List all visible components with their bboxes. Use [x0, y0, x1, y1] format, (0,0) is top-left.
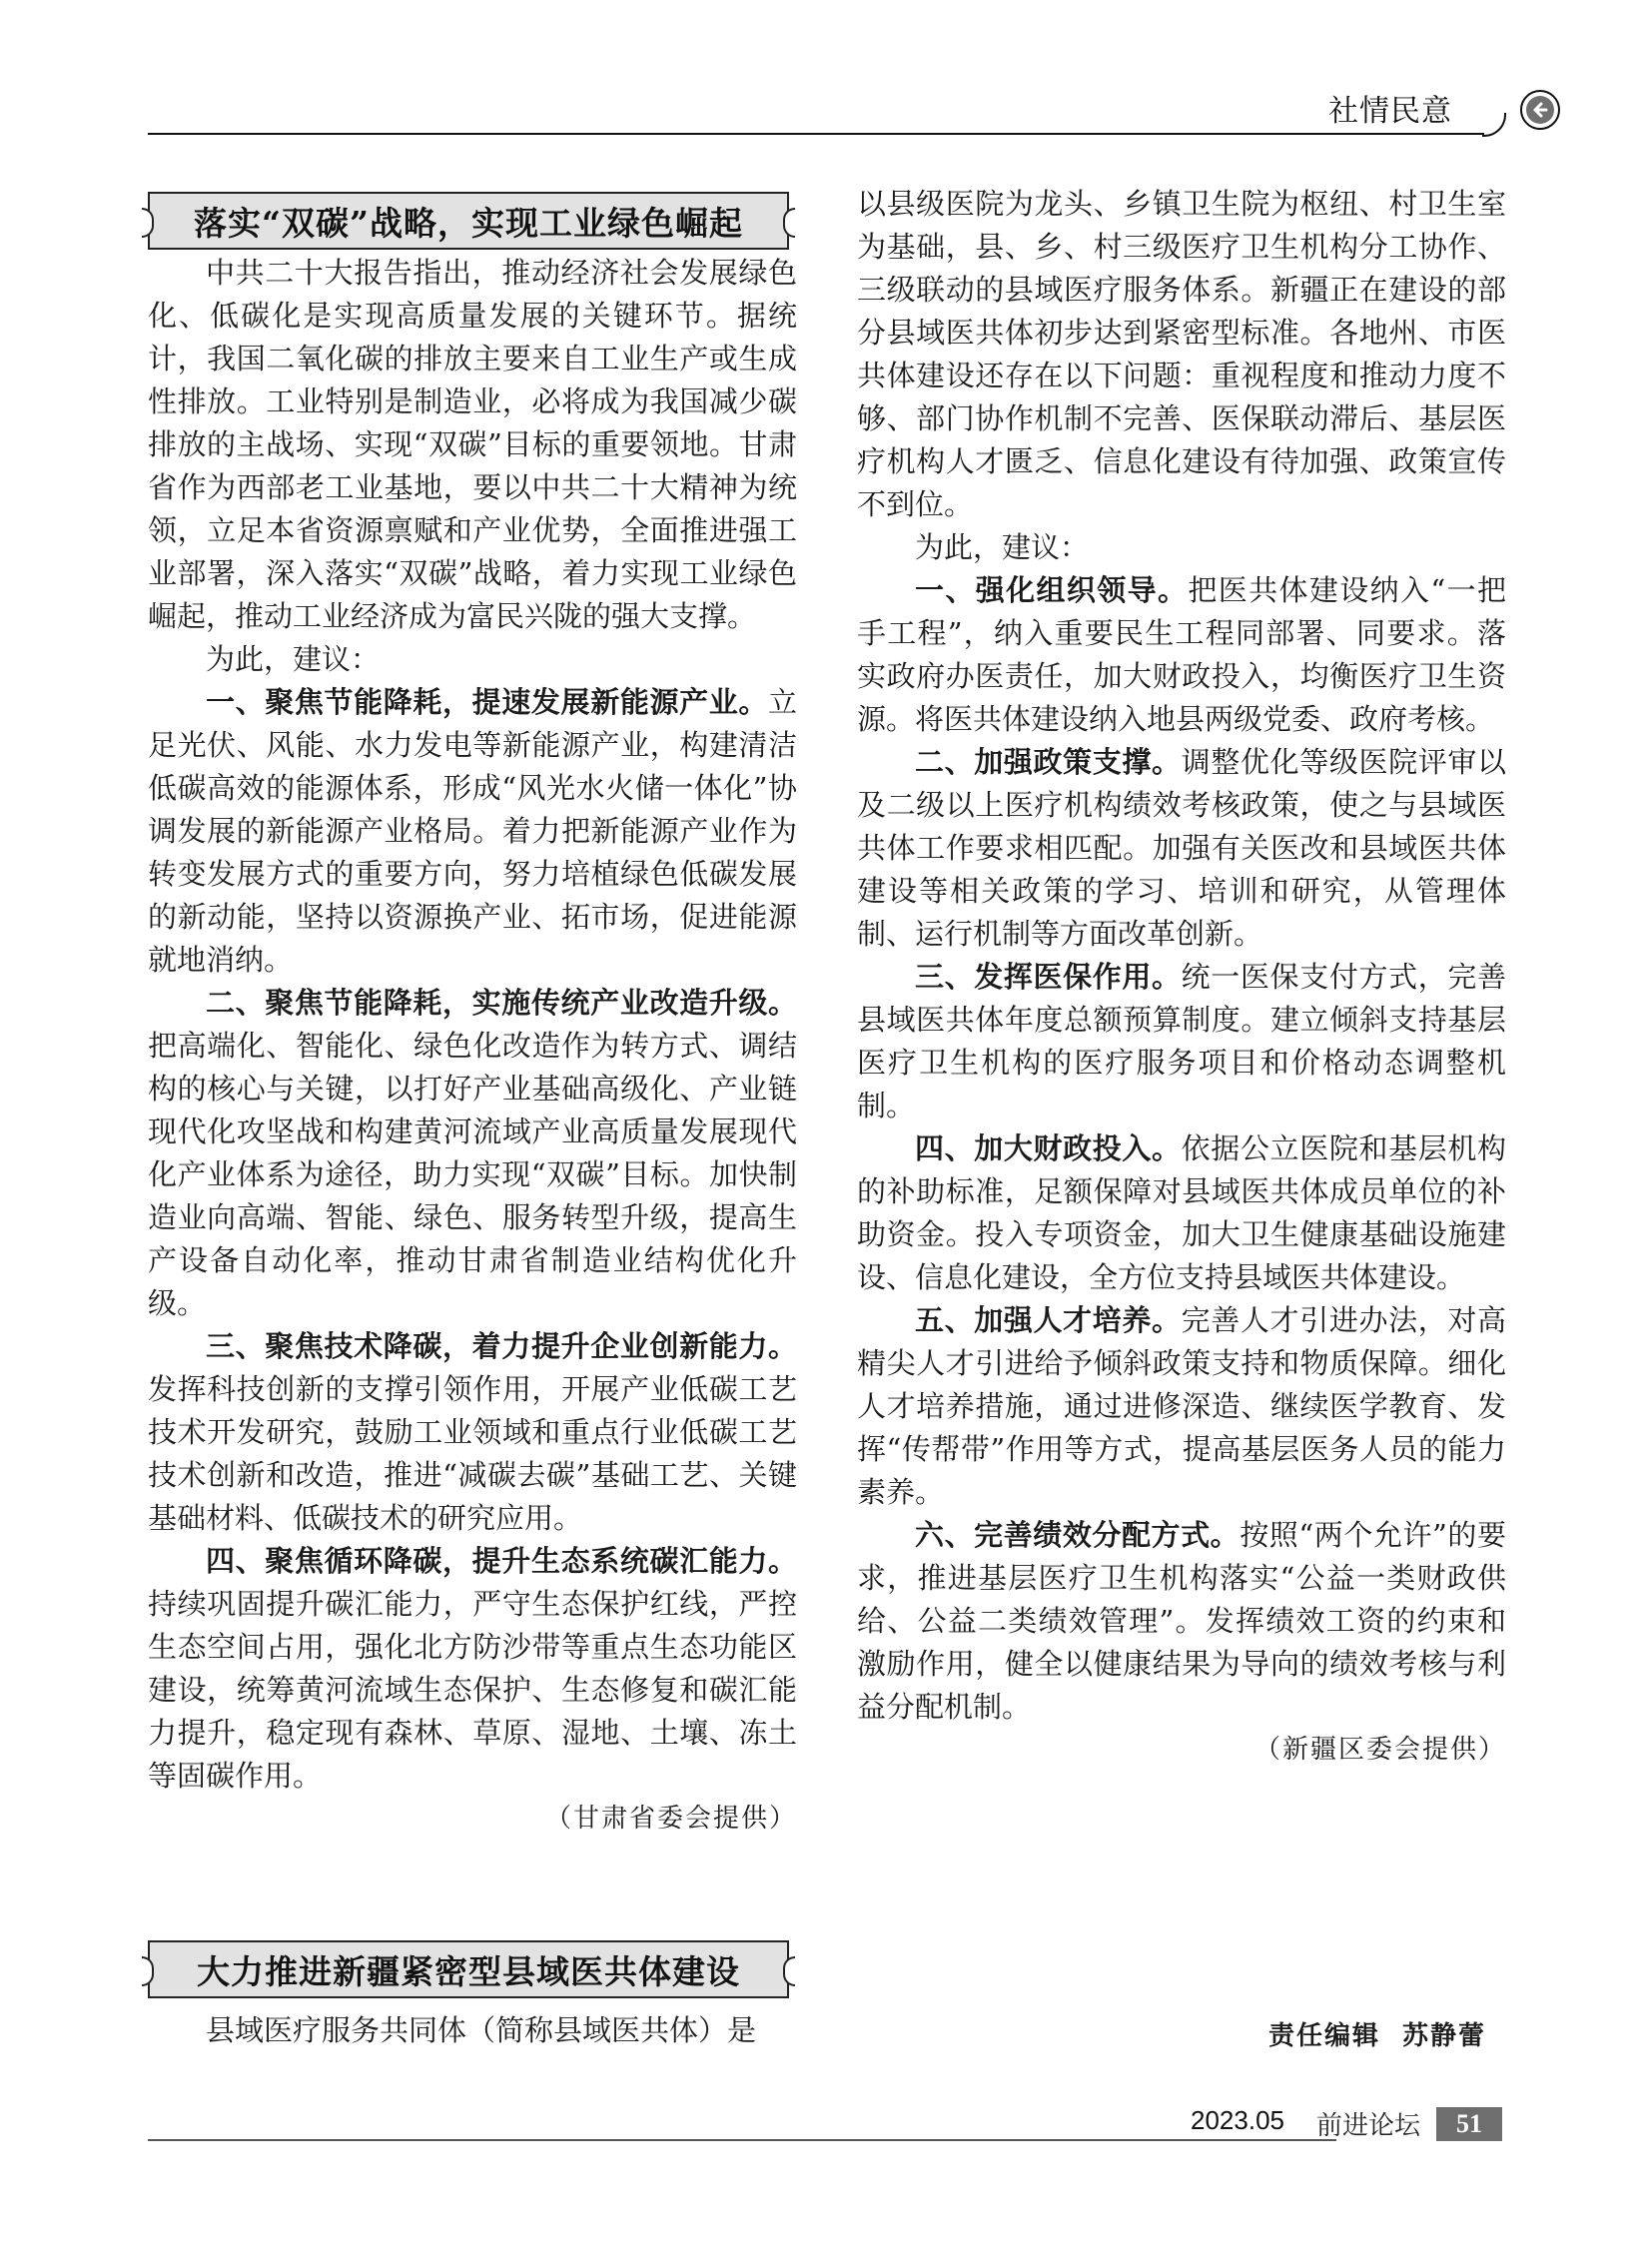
magazine-name: 前进论坛 [1316, 2105, 1420, 2142]
back-arrow-circle-icon [1520, 90, 1560, 130]
article-2-point-1: 一、强化组织领导。把医共体建设纳入“一把手工程”，纳入重要民生工程同部署、同要求… [857, 569, 1506, 741]
point-body: 发挥科技创新的支撑引领作用，开展产业低碳工艺技术开发研究，鼓励工业领域和重点行业… [148, 1372, 797, 1535]
article-2-point-5: 五、加强人才培养。完善人才引进办法，对高精尖人才引进给予倾斜政策支持和物质保障。… [857, 1299, 1506, 1514]
article-2-intro-start: 县域医疗服务共同体（简称县域医共体）是 [148, 2009, 797, 2052]
editor-name: 苏静蕾 [1402, 2021, 1486, 2051]
article-2-title: 大力推进新疆紧密型县域医共体建设 [148, 1940, 789, 1998]
responsible-editor: 责任编辑苏静蕾 [1268, 2015, 1486, 2052]
point-heading: 二、聚焦节能降耗，实施传统产业改造升级。 [206, 986, 797, 1020]
point-heading: 五、加强人才培养。 [915, 1303, 1182, 1337]
point-heading: 三、发挥医保作用。 [915, 960, 1182, 994]
point-heading: 二、加强政策支撑。 [915, 745, 1182, 779]
article-1-credit: （甘肃省委会提供） [148, 1798, 797, 1841]
point-heading: 三、聚焦技术降碳，着力提升企业创新能力。 [206, 1329, 797, 1363]
point-heading: 一、强化组织领导。 [915, 573, 1188, 607]
point-body: 持续巩固提升碳汇能力，严守生态保护红线，严控生态空间占用，强化北方防沙带等重点生… [148, 1587, 797, 1793]
article-2-intro-continued: 以县级医院为龙头、乡镇卫生院为枢纽、村卫生室为基础，县、乡、村三级医疗卫生机构分… [857, 183, 1506, 526]
article-1-point-3: 三、聚焦技术降碳，着力提升企业创新能力。发挥科技创新的支撑引领作用，开展产业低碳… [148, 1325, 797, 1540]
point-heading: 一、聚焦节能降耗，提速发展新能源产业。 [206, 685, 768, 719]
article-2-body: 以县级医院为龙头、乡镇卫生院为枢纽、村卫生室为基础，县、乡、村三级医疗卫生机构分… [857, 183, 1506, 1772]
point-heading: 四、加大财政投入。 [915, 1131, 1182, 1165]
header-rule [148, 133, 1484, 135]
article-1-body: 中共二十大报告指出，推动经济社会发展绿色化、低碳化是实现高质量发展的关键环节。据… [148, 252, 797, 1841]
page-number: 51 [1436, 2107, 1502, 2141]
issue-date: 2023.05 [1191, 2105, 1284, 2136]
article-1-title: 落实“双碳”战略，实现工业绿色崛起 [148, 192, 789, 250]
article-1-lead: 为此，建议： [148, 638, 797, 681]
point-body: 把高端化、智能化、绿色化改造作为转方式、调结构的核心与关键，以打好产业基础高级化… [148, 1029, 797, 1320]
article-1-point-4: 四、聚焦循环降碳，提升生态系统碳汇能力。持续巩固提升碳汇能力，严守生态保护红线，… [148, 1540, 797, 1798]
article-2-point-3: 三、发挥医保作用。统一医保支付方式，完善县域医共体年度总额预算制度。建立倾斜支持… [857, 956, 1506, 1127]
article-2-lead: 为此，建议： [857, 526, 1506, 569]
article-1-intro: 中共二十大报告指出，推动经济社会发展绿色化、低碳化是实现高质量发展的关键环节。据… [148, 252, 797, 638]
article-2-point-6: 六、完善绩效分配方式。按照“两个允许”的要求，推进基层医疗卫生机构落实“公益一类… [857, 1514, 1506, 1729]
article-1-point-2: 二、聚焦节能降耗，实施传统产业改造升级。把高端化、智能化、绿色化改造作为转方式、… [148, 982, 797, 1325]
point-heading: 六、完善绩效分配方式。 [915, 1518, 1239, 1552]
article-2-credit: （新疆区委会提供） [857, 1729, 1506, 1772]
point-heading: 四、聚焦循环降碳，提升生态系统碳汇能力。 [206, 1544, 797, 1578]
article-1-point-1: 一、聚焦节能降耗，提速发展新能源产业。立足光伏、风能、水力发电等新能源产业，构建… [148, 681, 797, 982]
article-2-point-4: 四、加大财政投入。依据公立医院和基层机构的补助标准，足额保障对县域医共体成员单位… [857, 1127, 1506, 1299]
editor-label: 责任编辑 [1268, 2021, 1380, 2051]
article-2-point-2: 二、加强政策支撑。调整优化等级医院评审以及二级以上医疗机构绩效考核政策，使之与县… [857, 741, 1506, 956]
point-body: 立足光伏、风能、水力发电等新能源产业，构建清洁低碳高效的能源体系，形成“风光水火… [148, 685, 797, 977]
footer-rule [148, 2139, 1336, 2141]
section-name: 社情民意 [1328, 86, 1452, 130]
